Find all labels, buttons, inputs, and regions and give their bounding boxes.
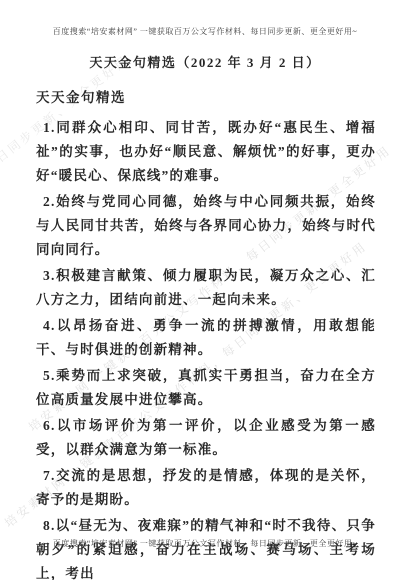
paragraph: 7.交流的是思想，抒发的是情感，体现的是关怀，寄予的是期盼。 [36, 464, 376, 512]
body-heading: 天天金句精选 [36, 88, 376, 108]
paragraph: 3.积极建言献策、倾力履职为民，凝万众之心、汇八方之力，团结向前进、一起向未来。 [36, 264, 376, 312]
paragraph: 5.乘势而上求突破，真抓实干勇担当，奋力在全方位高质量发展中进位攀高。 [36, 364, 376, 412]
paragraph: 2.始终与党同心同德，始终与中心同频共振，始终与人民同甘共苦，始终与各界同心协力… [36, 190, 376, 262]
document-page: 培安素材网 一键获取百万公文写作材料，每日同步更新、更全更好用 培安素材网 一键… [0, 0, 410, 580]
paragraph: 4.以昂扬奋进、勇争一流的拼搏激情，用敢想能干、与时俱进的创新精神。 [36, 314, 376, 362]
document-body: 天天金句精选 1.同群众心相印、同甘苦，既办好“惠民生、增福祉”的实事，也办好“… [36, 88, 376, 580]
document-title: 天天金句精选（2022 年 3 月 2 日） [0, 52, 410, 71]
paragraph: 6.以市场评价为第一评价，以企业感受为第一感受，以群众满意为第一标准。 [36, 414, 376, 462]
page-header-note: 百度搜索“培安素材网” 一键获取百万公文写作材料、每日同步更新、更全更好用~ [0, 26, 410, 37]
page-footer-note: 百度搜索“培安素材网” 一键获取百万公文写作材料、每日同步更新、更全更好用~ [0, 538, 410, 549]
paragraph: 1.同群众心相印、同甘苦，既办好“惠民生、增福祉”的实事，也办好“顺民意、解烦忧… [36, 116, 376, 188]
